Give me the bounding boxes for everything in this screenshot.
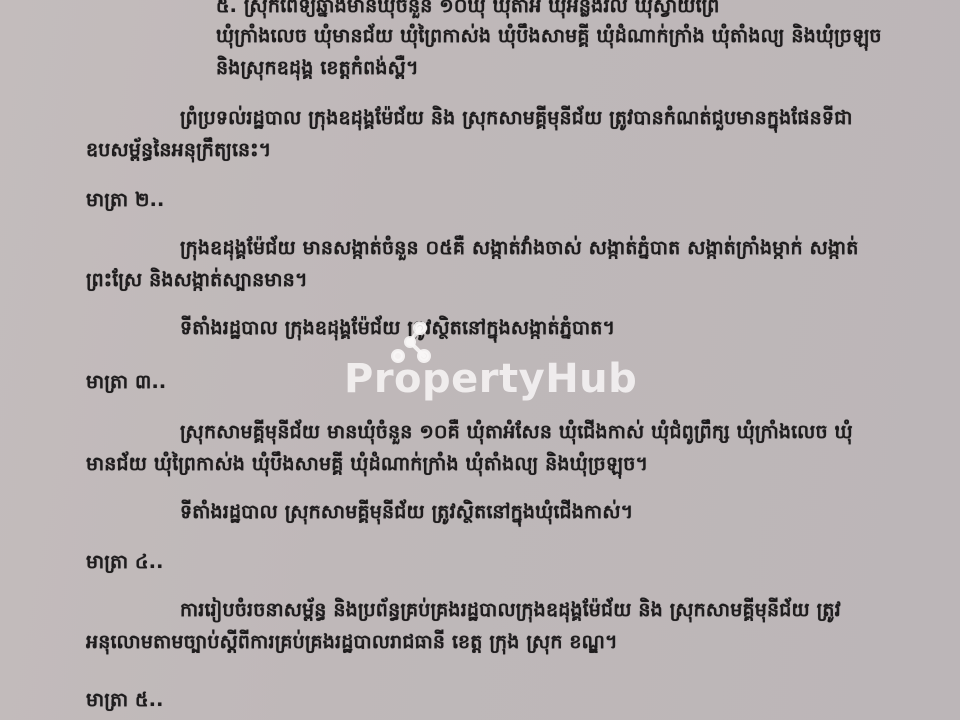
document-line: ព្រំប្រទល់រដ្ឋបាល ក្រុងឧដុង្គម៉ែជ័យ និង … (180, 106, 853, 130)
document-line: និងស្រុកឧដុង្គ ខេត្តកំពង់ស្ពឺ។ (216, 56, 419, 80)
document-line: មានជ័យ ឃុំព្រៃកាស់ង ឃុំបឹងសាមគ្គី ឃុំដំណ… (86, 452, 648, 476)
article-heading-2: មាត្រា ២.. (86, 188, 164, 212)
watermark: PropertyHub (344, 322, 634, 412)
document-line: ទីតាំងរដ្ឋបាល ស្រុកសាមគ្គីមុនីជ័យ ត្រូវស… (180, 500, 633, 524)
document-line: ឧបសម្ព័ន្ធនៃអនុក្រឹត្យនេះ។ (86, 138, 271, 162)
document-line: ព្រះស្រែ និងសង្កាត់ស្បានមាន។ (86, 268, 308, 292)
document-line: ក្រុងឧដុង្គម៉ែជ័យ មានសង្កាត់ចំនួន ០៥គឺ ស… (180, 236, 858, 260)
document-line: ឃុំក្រាំងលេច ឃុំមានជ័យ ឃុំព្រៃកាស់ង ឃុំប… (216, 24, 882, 48)
document-line: អនុលោមតាមច្បាប់ស្តីពីការគ្រប់គ្រងរដ្ឋបាល… (86, 630, 618, 654)
watermark-text: PropertyHub (344, 356, 637, 402)
article-heading-5: មាត្រា ៥.. (86, 688, 164, 712)
document-line: ស្រុកសាមគ្គីមុនីជ័យ មានឃុំចំនួន ១០គឺ ឃុំ… (180, 420, 853, 444)
document-page: ៥. ស្រុកពេទ្យឆ្នាំងមានឃុំចំនួន ១០ឃុំ ឃុំ… (0, 0, 960, 720)
document-line: ៥. ស្រុកពេទ្យឆ្នាំងមានឃុំចំនួន ១០ឃុំ ឃុំ… (216, 0, 720, 18)
article-heading-4: មាត្រា ៤.. (86, 550, 164, 574)
document-line: ការរៀបចំរចនាសម្ព័ន្ធ និងប្រព័ន្ធគ្រប់គ្រ… (180, 598, 841, 622)
article-heading-3: មាត្រា ៣.. (86, 370, 166, 394)
